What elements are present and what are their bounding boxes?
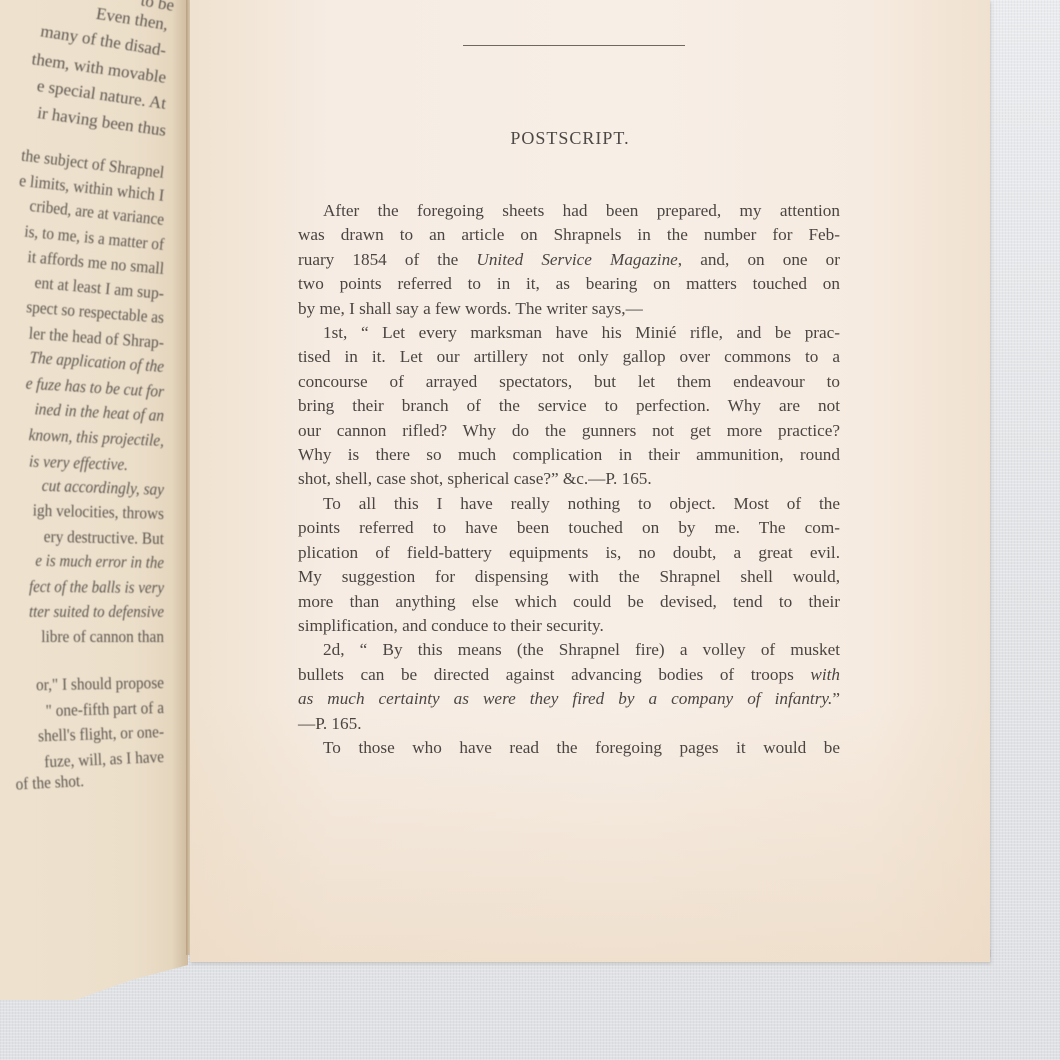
text-line: To all this I have really nothing to obj… xyxy=(298,492,840,516)
text-line: 2d, “ By this means (the Shrapnel fire) … xyxy=(298,638,840,662)
text-line: or," I should propose xyxy=(9,671,164,698)
text-line: points referred to have been touched on … xyxy=(298,516,840,540)
text-line: To those who have read the foregoing pag… xyxy=(298,736,840,760)
text-line: tter suited to defensive xyxy=(13,600,164,625)
text-line: as much certainty as were they fired by … xyxy=(298,687,840,711)
text-line: our cannon rifled? Why do the gunners no… xyxy=(298,419,840,443)
text-line: ery destructive. But xyxy=(9,524,164,551)
right-page-text: After the foregoing sheets had been prep… xyxy=(298,199,840,760)
text-line: bullets can be directed against advancin… xyxy=(298,663,840,687)
text-line: was drawn to an article on Shrapnels in … xyxy=(298,223,840,247)
text-line: Why is there so much complication in the… xyxy=(298,443,840,467)
text-line: After the foregoing sheets had been prep… xyxy=(298,199,840,223)
italic-title: United Service Magazine xyxy=(476,250,677,269)
text-line: two points referred to in it, as bearing… xyxy=(298,272,840,296)
text-line: fect of the balls is very xyxy=(13,574,165,600)
text-line: e is much error in the xyxy=(12,548,164,575)
header-rule xyxy=(463,45,685,46)
text-line: My suggestion for dispensing with the Sh… xyxy=(298,565,840,589)
text-line: by me, I shall say a few words. The writ… xyxy=(298,297,840,321)
text-line: more than anything else which could be d… xyxy=(298,590,840,614)
text-line: libre of cannon than xyxy=(9,625,164,650)
text-line: igh velocities, throws xyxy=(9,498,164,527)
text-line: shot, shell, case shot, spherical case?”… xyxy=(298,467,840,491)
left-page-text: to be Even then, many of the disad- them… xyxy=(0,0,164,794)
text-line: concourse of arrayed spectators, but let… xyxy=(298,370,840,394)
text-line: ruary 1854 of the United Service Magazin… xyxy=(298,248,840,272)
text-line: simplification, and conduce to their sec… xyxy=(298,614,840,638)
text-line: cut accordingly, say xyxy=(9,472,165,502)
text-line: plication of field-battery equipments is… xyxy=(298,541,840,565)
left-page: to be Even then, many of the disad- them… xyxy=(0,0,188,1000)
text-line: 1st, “ Let every marksman have his Minié… xyxy=(298,321,840,345)
text-line: bring their branch of the service to per… xyxy=(298,394,840,418)
text-line: —P. 165. xyxy=(298,712,840,736)
text-line: of the shot. xyxy=(0,769,85,802)
text-line: tised in it. Let our artillery not only … xyxy=(298,345,840,369)
page-title: POSTSCRIPT. xyxy=(300,128,840,149)
